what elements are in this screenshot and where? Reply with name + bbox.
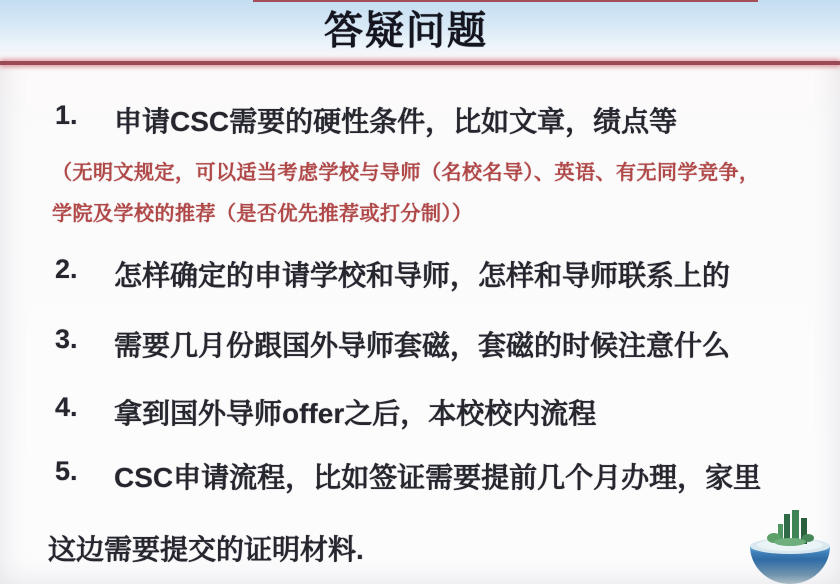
item-text: 需要几月份跟国外导师套磁，套磁的时候注意什么 xyxy=(114,324,730,364)
slide: 答疑问题 1. 申请CSC需要的硬性条件，比如文章，绩点等 （无明文规定，可以适… xyxy=(0,0,840,584)
item-number: 5. xyxy=(55,456,107,487)
note-text: 学院及学校的推荐（是否优先推荐或打分制）） xyxy=(52,197,473,226)
floating-island-globe-logo xyxy=(738,498,840,584)
item-number: 2. xyxy=(55,254,107,285)
note-text: （无明文规定，可以适当考虑学校与导师（名校名导）、英语、有无同学竞争， xyxy=(52,156,760,185)
item-number: 4. xyxy=(55,392,107,423)
item-text: 这边需要提交的证明材料. xyxy=(48,528,364,568)
item-number: 1. xyxy=(55,100,107,131)
slide-title: 答疑问题 xyxy=(0,0,826,56)
slide-header: 答疑问题 xyxy=(0,0,840,62)
item-text: CSC申请流程，比如签证需要提前几个月办理，家里 xyxy=(114,456,761,496)
item-text: 拿到国外导师offer之后，本校校内流程 xyxy=(114,392,596,432)
item-text: 怎样确定的申请学校和导师，怎样和导师联系上的 xyxy=(114,254,730,294)
title-divider-line xyxy=(0,61,840,65)
item-text: 申请CSC需要的硬性条件，比如文章，绩点等 xyxy=(114,100,677,140)
item-number: 3. xyxy=(55,324,107,355)
